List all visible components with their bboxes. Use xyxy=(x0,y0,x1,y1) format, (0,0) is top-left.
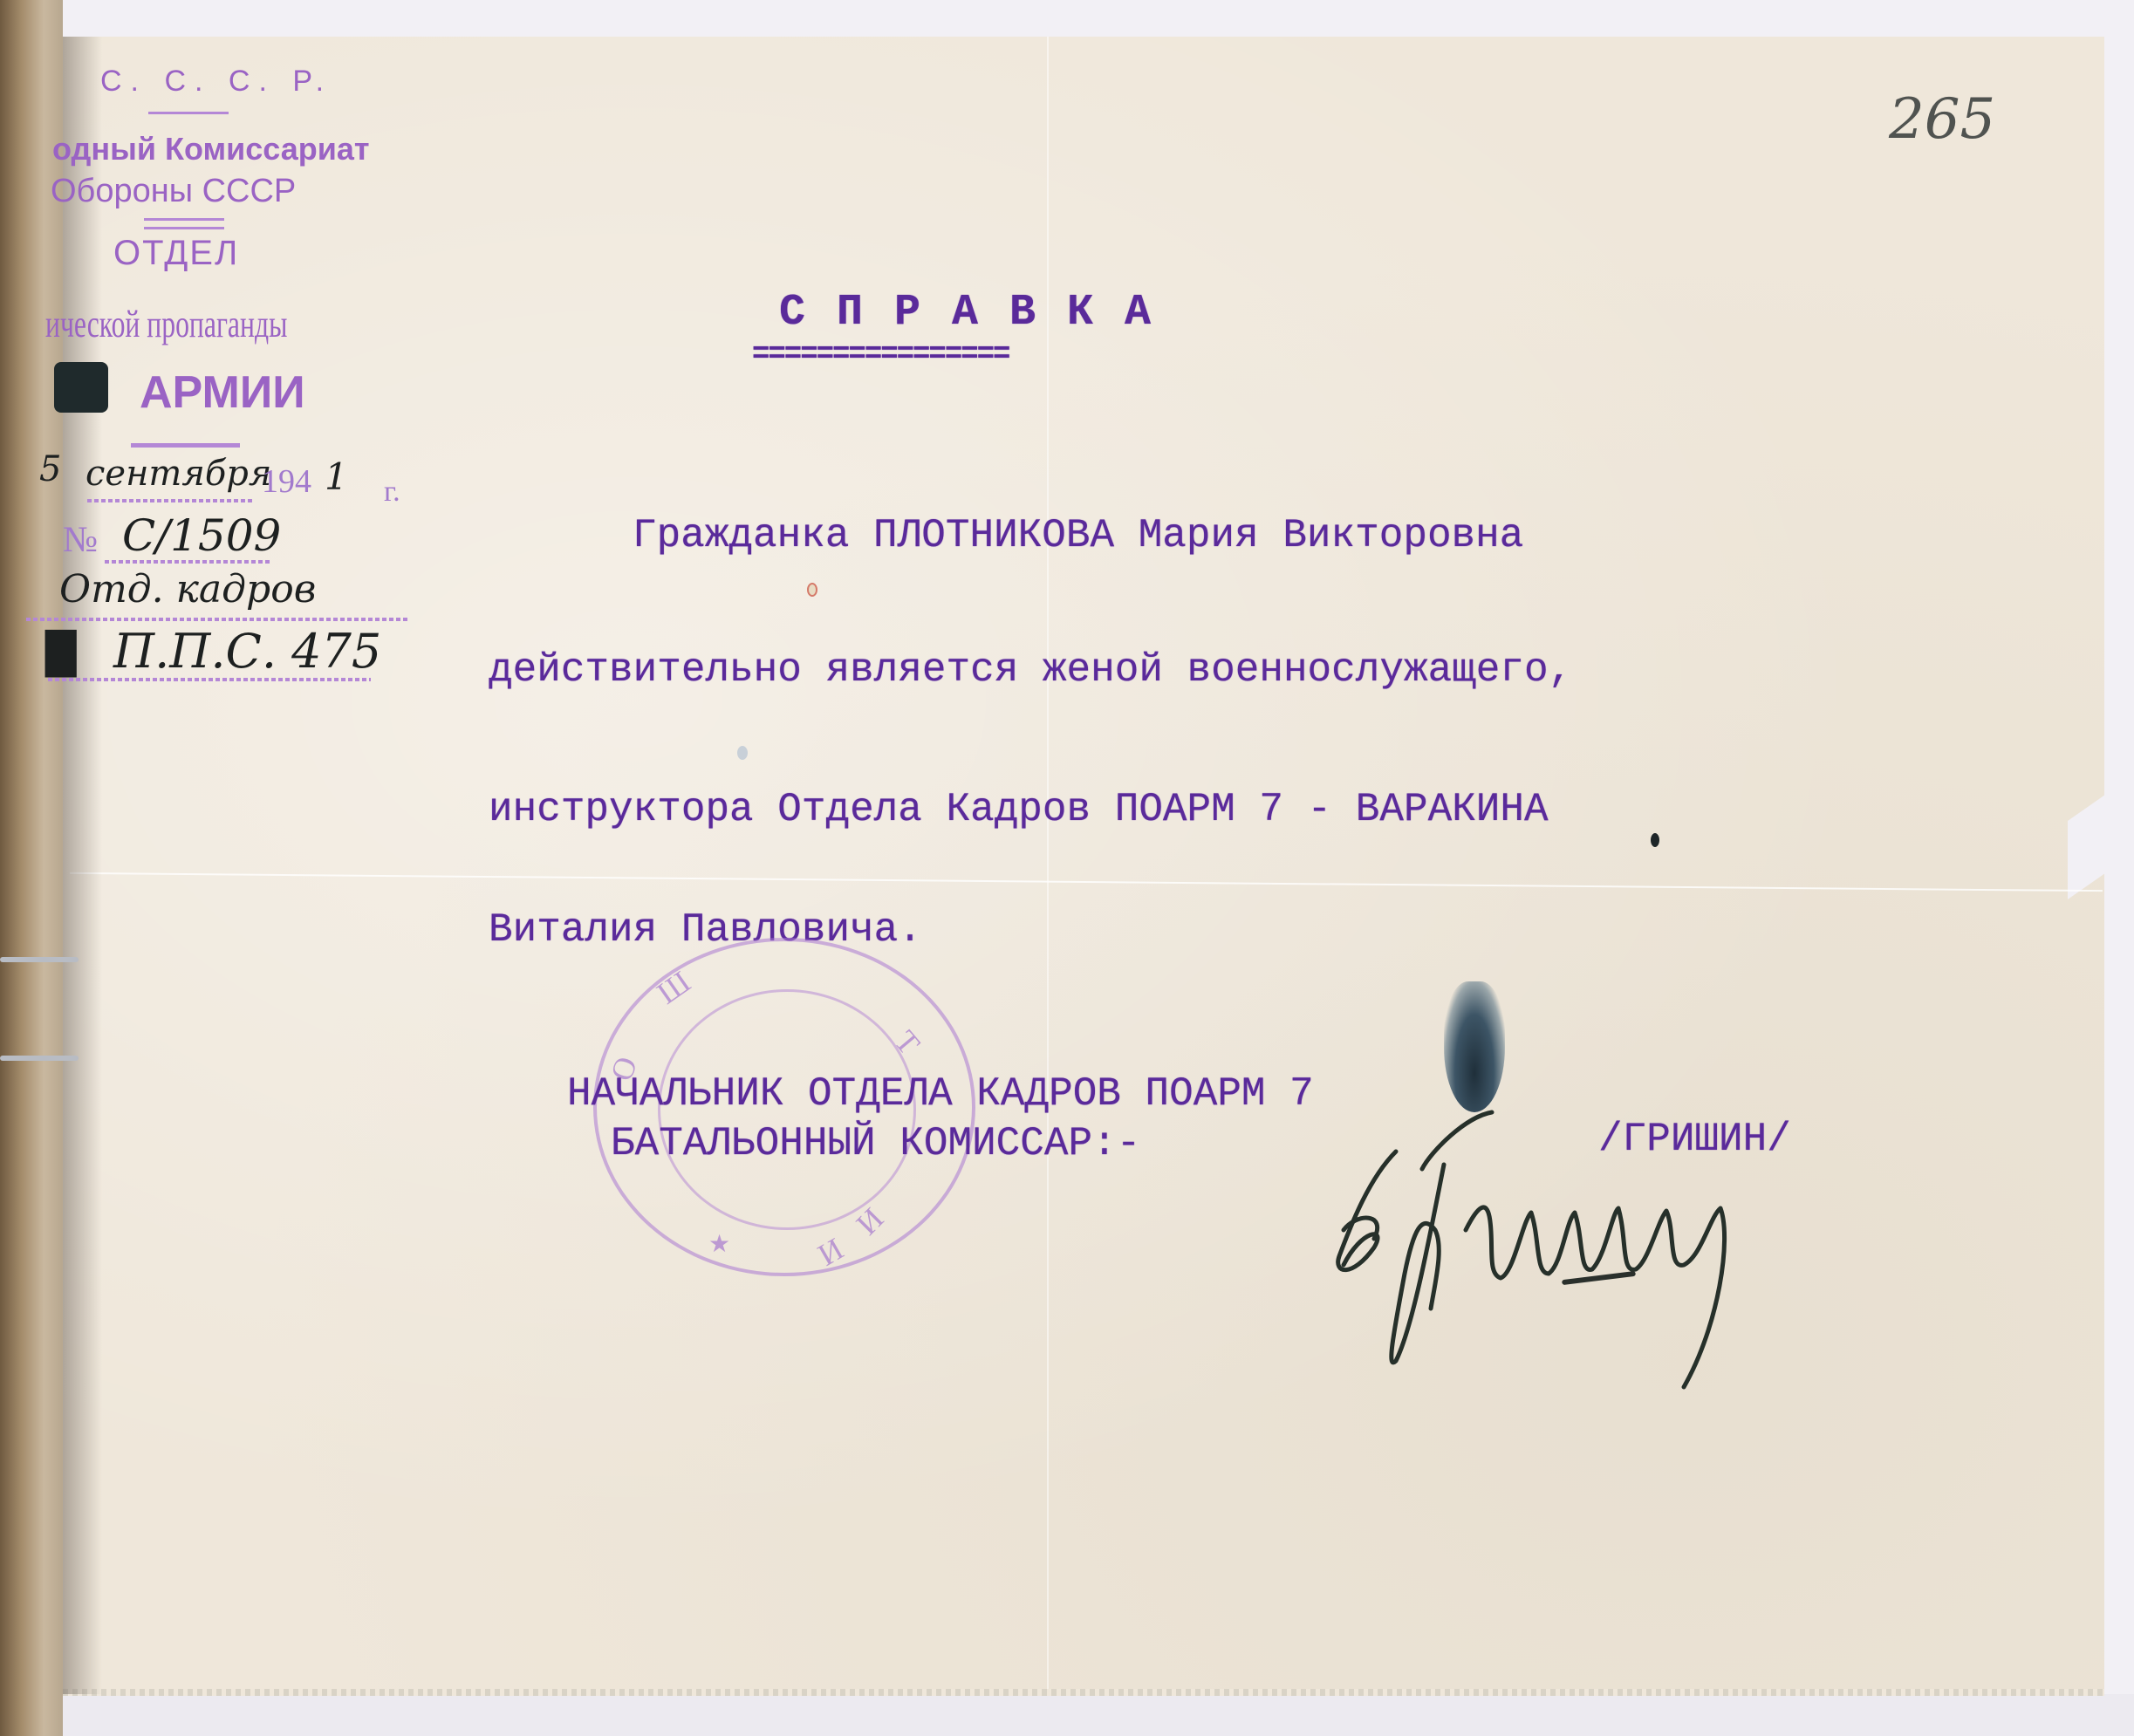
binding-shadow xyxy=(63,37,102,1694)
body-line-4: Виталия Павловича. xyxy=(489,907,922,953)
paper-speck xyxy=(737,746,748,760)
binding-thread-icon xyxy=(0,957,79,962)
binding-thread-icon xyxy=(0,1056,79,1061)
body-line-3: инструктора Отдела Кадров ПОАРМ 7 - ВАРА… xyxy=(489,787,1549,832)
stamp-rule xyxy=(144,227,224,229)
number-value: С/1509 xyxy=(122,510,281,561)
stamp-line-commissariat: одный Комиссариат xyxy=(52,131,370,167)
redaction-mark xyxy=(54,362,108,413)
date-day: 5 xyxy=(39,449,61,489)
date-suffix: г. xyxy=(384,475,400,509)
paper-fold-vertical xyxy=(1047,37,1049,1694)
seal-letter: И xyxy=(811,1230,850,1273)
signatory-position-line-2: БАТАЛЬОННЫЙ КОМИССАР:- xyxy=(611,1121,1140,1166)
stamp-rule xyxy=(131,443,240,448)
date-year-handwritten: 1 xyxy=(325,455,348,498)
stamp-line-ussr: С. С. С. Р. xyxy=(100,65,332,99)
stamp-line-propaganda: ической пропаганды xyxy=(45,302,287,346)
department-handwritten: Отд. кадров xyxy=(59,567,316,612)
date-year-printed: 194 xyxy=(262,462,311,501)
stamp-rule xyxy=(148,112,229,114)
ink-blot xyxy=(1444,981,1505,1112)
stamp-rule xyxy=(144,218,224,221)
department-rule xyxy=(26,618,410,621)
pps-rule xyxy=(48,678,371,681)
number-rule xyxy=(105,560,272,564)
body-line-2: действительно является женой военнослужа… xyxy=(489,647,1572,693)
paper-speck xyxy=(1651,833,1659,847)
pps-handwritten: П.П.С. 475 xyxy=(113,624,381,679)
date-month-handwritten: сентября xyxy=(85,454,271,494)
title-underline: ================ xyxy=(752,347,1009,363)
stamp-line-department: ОТДЕЛ xyxy=(113,234,239,273)
paper-speck xyxy=(807,583,817,597)
number-label: № xyxy=(63,519,98,561)
seal-star-icon: ★ xyxy=(708,1229,730,1259)
document-title: СПРАВКА xyxy=(779,288,1182,338)
archive-binding-spine xyxy=(0,0,63,1736)
archive-page-number: 265 xyxy=(1889,87,1995,152)
date-rule xyxy=(87,499,253,502)
stamp-line-defense: Обороны СССР xyxy=(51,173,296,210)
signatory-position-line-1: НАЧАЛЬНИК ОТДЕЛА КАДРОВ ПОАРМ 7 xyxy=(567,1071,1314,1117)
body-line-1: Гражданка ПЛОТНИКОВА Мария Викторовна xyxy=(633,513,1523,558)
paper-torn-bottom-edge xyxy=(63,1689,2104,1696)
underlying-sheet xyxy=(63,1694,2134,1736)
pps-redaction: █ xyxy=(45,630,76,677)
stamp-line-army: АРМИИ xyxy=(140,366,305,419)
